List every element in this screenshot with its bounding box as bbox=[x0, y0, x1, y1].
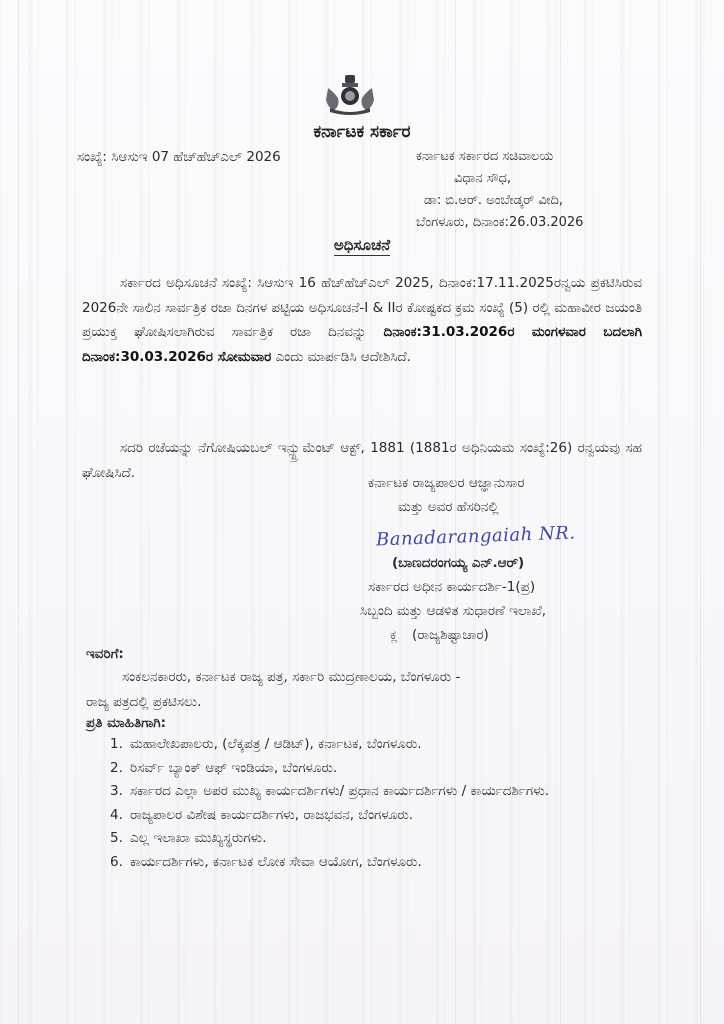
signatory-section: ಕ್ಲ(ರಾಜ್ಯಶಿಷ್ಟಾಚಾರ) bbox=[360, 623, 680, 647]
authority-line: ಕರ್ನಾಟಕ ರಾಜ್ಯಪಾಲರ ಆಜ್ಞಾನುಸಾರ ಮತ್ತು ಅವರ ಹ… bbox=[360, 471, 688, 519]
signatory-department: ಸಿಬ್ಬಂದಿ ಮತ್ತು ಆಡಳಿತ ಸುಧಾರಣೆ ಇಲಾಖೆ, bbox=[360, 599, 680, 623]
scan-line bbox=[700, 0, 701, 1024]
address-line: ಡಾ: ಬಿ.ಆರ್. ಅಂಬೇಡ್ಕರ್ ವೀದಿ, bbox=[416, 190, 646, 212]
address-date-line: ಬೆಂಗಳೂರು, ದಿನಾಂಕ:26.03.2026 bbox=[416, 212, 646, 234]
copy-to-title: ಪ್ರತಿ ಮಾಹಿತಿಗಾಗಿ: bbox=[86, 715, 166, 731]
document-page: ಕರ್ನಾಟಕ ಸರ್ಕಾರ ಸಂಖ್ಯೆ: ಸಿಆಸುಇ 07 ಹೆಚ್‌ಹೆ… bbox=[0, 0, 724, 1024]
office-address: ಕರ್ನಾಟಕ ಸರ್ಕಾರದ ಸಚಿವಾಲಯ ವಿಧಾನ ಸೌಧ, ಡಾ: ಬ… bbox=[416, 146, 646, 234]
scan-line bbox=[18, 0, 19, 1024]
signatory-name: (ಬಾಣದರಂಗಯ್ಯ ಎನ್.ಆರ್) bbox=[360, 551, 680, 575]
signatory-details: (ಬಾಣದರಂಗಯ್ಯ ಎನ್.ಆರ್) ಸರ್ಕಾರದ ಅಧೀನ ಕಾರ್ಯದ… bbox=[360, 551, 680, 647]
reference-number: ಸಂಖ್ಯೆ: ಸಿಆಸುಇ 07 ಹೆಚ್‌ಹೆಚ್‌ಎಲ್ 2026 bbox=[77, 149, 281, 165]
list-item: 5.ಎಲ್ಲ ಇಲಾಖಾ ಮುಖ್ಯಸ್ಥರುಗಳು. bbox=[110, 827, 670, 851]
state-emblem-icon bbox=[322, 74, 378, 116]
list-item: 4.ರಾಜ್ಯಪಾಲರ ವಿಶೇಷ ಕಾರ್ಯದರ್ಶಿಗಳು, ರಾಜಭವನ,… bbox=[110, 804, 670, 828]
list-item: 6.ಕಾರ್ಯದರ್ಶಿಗಳು, ಕರ್ನಾಟಕ ಲೋಕ ಸೇವಾ ಆಯೋಗ, … bbox=[110, 851, 670, 875]
initial-mark-icon: ಕ್ಲ bbox=[390, 623, 412, 647]
list-item: 1.ಮಹಾಲೇಖಪಾಲರು, (ಲೆಕ್ಕಪತ್ರ / ಆಡಿಟ್), ಕರ್ನ… bbox=[110, 733, 670, 757]
signatory-designation: ಸರ್ಕಾರದ ಅಧೀನ ಕಾರ್ಯದರ್ಶಿ-1(ಪ್ರ) bbox=[360, 575, 680, 599]
copy-to-list: 1.ಮಹಾಲೇಖಪಾಲರು, (ಲೆಕ್ಕಪತ್ರ / ಆಡಿಟ್), ಕರ್ನ… bbox=[110, 733, 670, 874]
handwritten-signature: Banadarangaiah NR. bbox=[376, 523, 576, 551]
notification-paragraph-1: ಸರ್ಕಾರದ ಅಧಿಸೂಚನೆ ಸಂಖ್ಯೆ: ಸಿಆಸುಇ 16 ಹೆಚ್‌… bbox=[82, 271, 642, 369]
government-title: ಕರ್ನಾಟಕ ಸರ್ಕಾರ bbox=[0, 122, 724, 142]
list-item: 2.ರಿಸರ್ವ್ ಬ್ಯಾಂಕ್ ಆಫ್ ಇಂಡಿಯಾ, ಬೆಂಗಳೂರು. bbox=[110, 757, 670, 781]
recipients-body: ಸಂಕಲನಕಾರರು, ಕರ್ನಾಟಕ ರಾಜ್ಯ ಪತ್ರ, ಸರ್ಕಾರಿ … bbox=[86, 665, 646, 715]
address-line: ವಿಧಾನ ಸೌಧ, bbox=[416, 168, 646, 190]
recipients-title: ಇವರಿಗೆ: bbox=[86, 646, 124, 662]
list-item: 3.ಸರ್ಕಾರದ ಎಲ್ಲಾ ಅಪರ ಮುಖ್ಯ ಕಾರ್ಯದರ್ಶಿಗಳು/… bbox=[110, 780, 670, 804]
address-line: ಕರ್ನಾಟಕ ಸರ್ಕಾರದ ಸಚಿವಾಲಯ bbox=[416, 146, 646, 168]
notification-heading: ಅಧಿಸೂಚನೆ bbox=[0, 236, 724, 254]
